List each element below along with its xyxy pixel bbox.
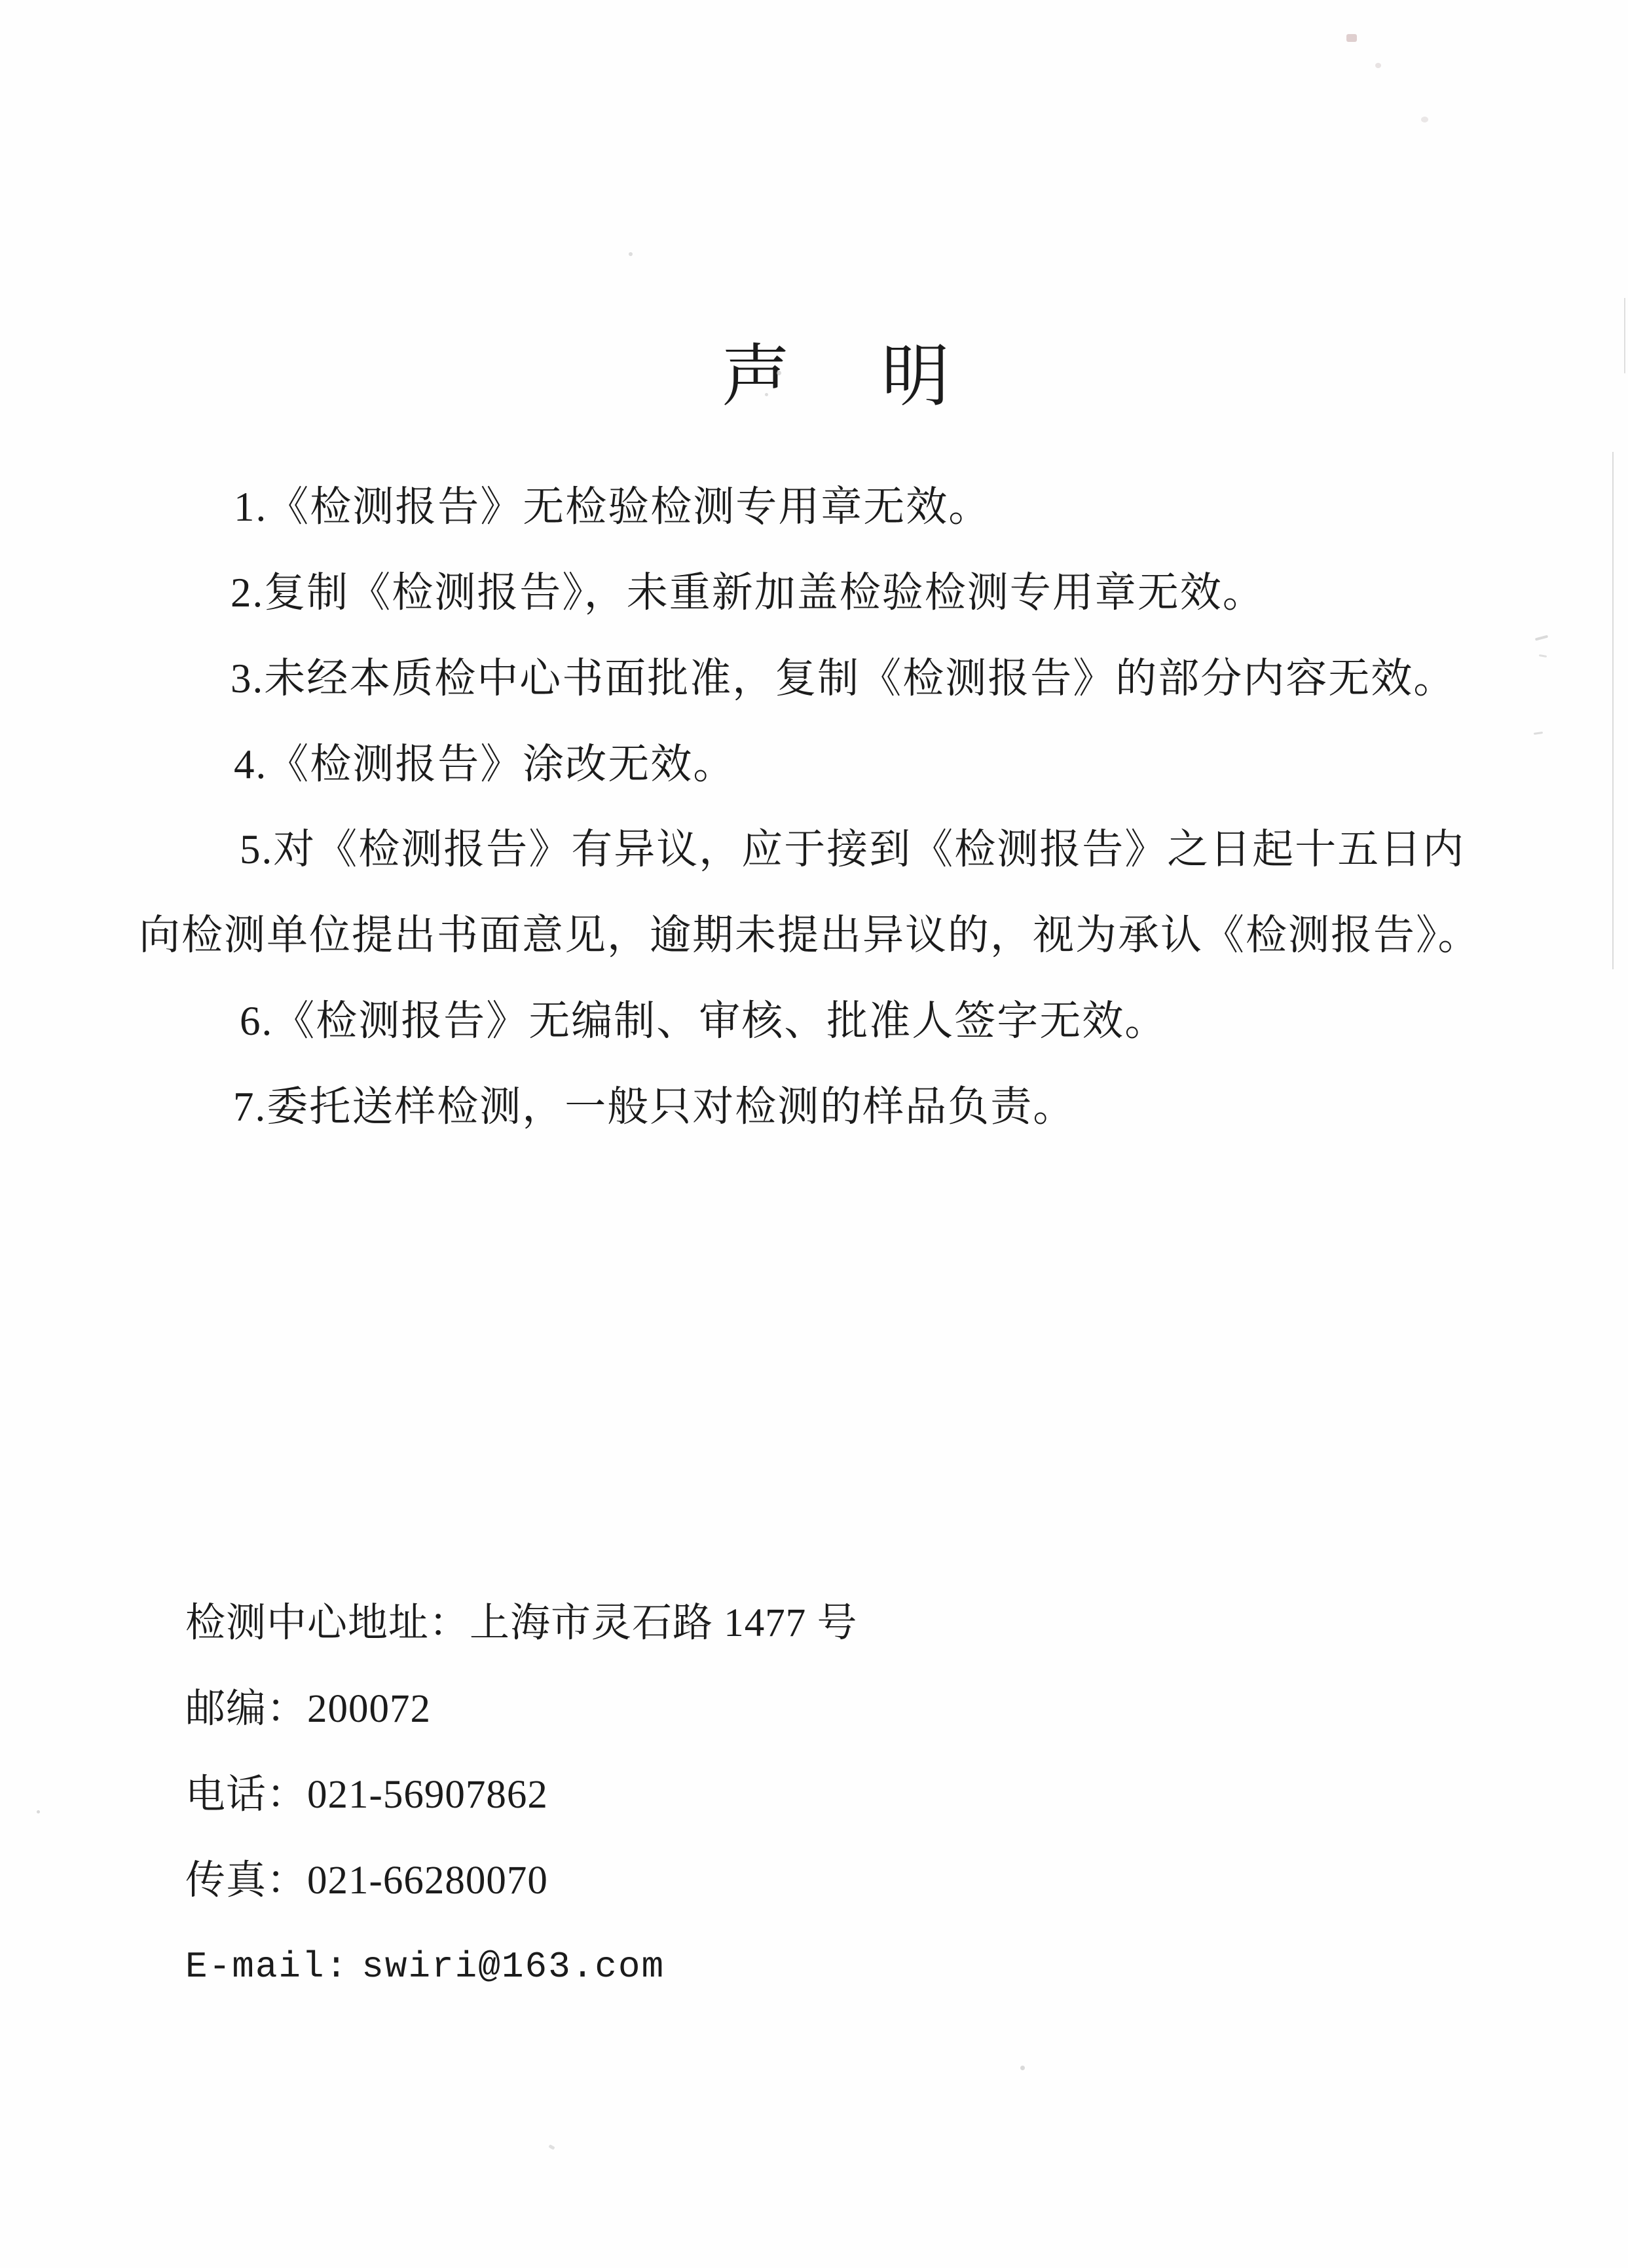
contact-phone: 电话：021-56907862 — [185, 1775, 548, 1815]
contact-address: 检测中心地址：上海市灵石路 1477 号 — [185, 1603, 858, 1643]
scan-speck — [1346, 34, 1357, 42]
scan-speck — [37, 1810, 40, 1813]
contact-fax: 传真：021-66280070 — [185, 1861, 548, 1901]
declaration-item-2: 2.复制《检测报告》，未重新加盖检验检测专用章无效。 — [231, 572, 1265, 614]
declaration-item-5-cont: 向检测单位提出书面意见，逾期未提出异议的，视为承认《检测报告》。 — [139, 915, 1481, 956]
contact-phone-value: 021-56907862 — [307, 1773, 548, 1817]
scan-smudge — [1539, 654, 1547, 658]
scan-smudge — [1534, 732, 1543, 735]
contact-postcode-value: 200072 — [307, 1687, 431, 1731]
contact-phone-label: 电话： — [185, 1773, 307, 1817]
declaration-item-5: 5.对《检测报告》有异议，应于接到《检测报告》之日起十五日内 — [240, 829, 1465, 870]
scan-speck — [1375, 63, 1381, 68]
scan-speck — [1020, 2066, 1025, 2070]
contact-fax-value: 021-66280070 — [307, 1859, 548, 1903]
scan-speck — [629, 252, 633, 256]
scan-edge-line — [1612, 452, 1614, 969]
contact-address-label: 检测中心地址： — [185, 1601, 470, 1645]
contact-postcode: 邮编：200072 — [185, 1689, 431, 1729]
contact-postcode-label: 邮编： — [185, 1687, 307, 1731]
scan-smudge — [548, 2144, 555, 2150]
contact-email-label: E-mail: — [185, 1946, 348, 1988]
scan-speck — [765, 393, 768, 396]
scanned-declaration-page: 声 明 1.《检测报告》无检验检测专用章无效。 2.复制《检测报告》，未重新加盖… — [0, 0, 1628, 2268]
contact-fax-label: 传真： — [185, 1859, 307, 1903]
scan-speck — [777, 371, 781, 375]
contact-email: E-mail:swiri@163.com — [185, 1948, 665, 1985]
declaration-item-1: 1.《检测报告》无检验检测专用章无效。 — [234, 487, 991, 528]
scan-smudge — [1535, 635, 1548, 641]
declaration-item-3: 3.未经本质检中心书面批准，复制《检测报告》的部分内容无效。 — [231, 658, 1456, 699]
declaration-item-4: 4.《检测报告》涂改无效。 — [234, 744, 735, 785]
scan-edge-line — [1624, 298, 1625, 373]
declaration-item-7: 7.委托送样检测，一般只对检测的样品负责。 — [233, 1087, 1075, 1128]
declaration-item-6: 6.《检测报告》无编制、审核、批准人签字无效。 — [240, 1001, 1167, 1042]
page-title: 声 明 — [28, 321, 1628, 419]
contact-email-value: swiri@163.com — [361, 1946, 665, 1988]
scan-speck — [1421, 117, 1428, 122]
contact-address-value: 上海市灵石路 1477 号 — [470, 1601, 858, 1645]
